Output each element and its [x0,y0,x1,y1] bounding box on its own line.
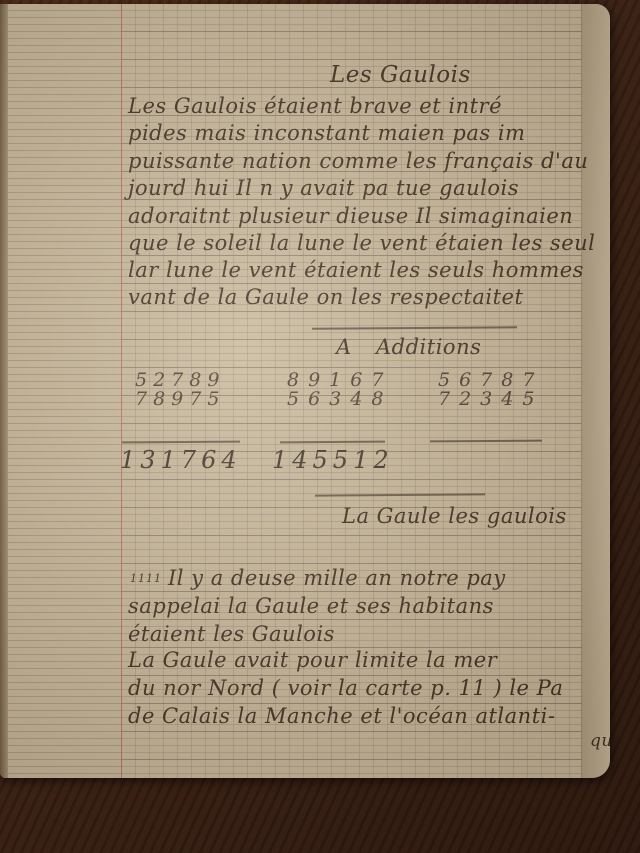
page-title: Les Gaulois [330,62,471,88]
section-2-line-3: étaient les Gaulois [128,622,335,646]
paragraph-line-1: Les Gaulois étaient brave et intré [128,94,502,118]
paragraph-line-2: pides mais inconstant maien pas im [128,121,525,145]
addition-1-result: 131764 [120,446,242,474]
additions-heading-prefix: A [336,335,352,359]
paragraph-line-3: puissante nation comme les français d'au [128,149,588,173]
red-margin-line [121,4,122,778]
notebook-page: Les Gaulois Les Gaulois étaient brave et… [0,4,610,778]
addition-2-bottom: 56348 [287,388,392,410]
left-margin [0,4,122,778]
paragraph-line-8: vant de la Gaule on les respectaitet [128,285,523,309]
paragraph-line-7: lar lune le vent étaient les seuls homme… [128,258,584,282]
section-2-line-7: que [590,731,610,751]
page-spine-edge [0,4,8,778]
addition-1-bottom: 78975 [135,388,225,410]
paragraph-line-6: que le soleil la lune le vent étaien les… [128,231,595,255]
addition-3-bottom: 72345 [438,388,543,410]
section-2-title: La Gaule les gaulois [342,504,567,528]
section-2-line-5: du nor Nord ( voir la carte p. 11 ) le P… [128,676,563,700]
section-2-line-6: de Calais la Manche et l'océan atlanti- [128,704,555,728]
additions-heading: Additions [376,335,481,359]
section-2-line-2: sappelai la Gaule et ses habitans [128,594,494,618]
right-page-edge [581,4,610,778]
line-prefix-marks: 1111 [130,572,162,585]
addition-2-result: 145512 [272,446,394,474]
section-2-line-4: La Gaule avait pour limite la mer [128,648,497,672]
paragraph-line-5: adoraitnt plusieur dieuse Il simaginaien [128,204,573,228]
section-2-line-1: Il y a deuse mille an notre pay [168,566,506,590]
paragraph-line-4: jourd hui Il n y avait pa tue gaulois [128,176,519,200]
